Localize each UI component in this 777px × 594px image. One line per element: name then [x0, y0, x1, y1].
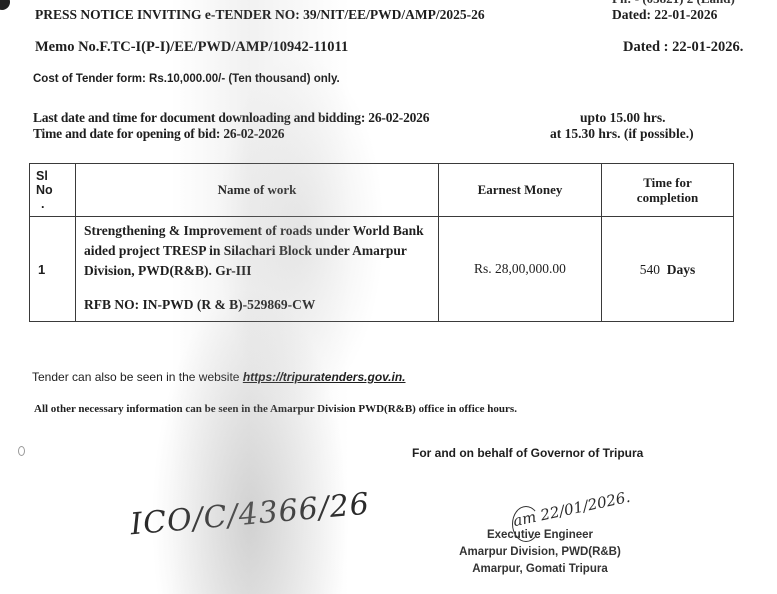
works-table: Sl No . Name of work Earnest Money Time … [29, 163, 734, 322]
opening-date: Time and date for opening of bid: 26-02-… [33, 126, 284, 142]
scan-corner-mark [0, 0, 10, 10]
memo-date: Dated : 22-01-2026. [623, 39, 743, 56]
tender-cost: Cost of Tender form: Rs.10,000.00/- (Ten… [33, 73, 340, 85]
table-header-row: Sl No . Name of work Earnest Money Time … [30, 164, 734, 217]
header-sl-no: Sl No . [30, 164, 76, 217]
notice-date: Dated: 22-01-2026 [612, 7, 717, 23]
table-row: 1 Strengthening & Improvement of roads u… [30, 217, 734, 322]
row-earnest-money: Rs. 28,00,000.00 [439, 217, 602, 322]
signatory-division: Amarpur Division, PWD(R&B) [440, 544, 640, 561]
website-note: Tender can also be seen in the website h… [32, 370, 406, 384]
last-date: Last date and time for document download… [33, 110, 429, 126]
header-name-of-work: Name of work [76, 164, 439, 217]
signatory-block: Executive Engineer Amarpur Division, PWD… [440, 527, 640, 578]
row-name-of-work: Strengthening & Improvement of roads und… [76, 217, 439, 322]
rfb-number: RFB NO: IN-PWD (R & B)-529869-CW [84, 295, 430, 315]
signatory-location: Amarpur, Gomati Tripura [440, 561, 640, 578]
header-time-for-completion: Time for completion [602, 164, 734, 217]
signatory-title: Executive Engineer [440, 527, 640, 544]
row-sl-no: 1 [30, 217, 76, 322]
office-info-note: All other necessary information can be s… [34, 403, 517, 415]
behalf-of-governor: For and on behalf of Governor of Tripura [412, 446, 643, 460]
tender-website-link[interactable]: https://tripuratenders.gov.in. [243, 370, 406, 384]
row-time-for-completion: 540 Days [602, 217, 734, 322]
work-description: Strengthening & Improvement of roads und… [84, 221, 430, 281]
header-earnest-money: Earnest Money [439, 164, 602, 217]
completion-days-number: 540 [640, 262, 660, 277]
opening-time: at 15.30 hrs. (if possible.) [550, 126, 694, 142]
notice-heading: PRESS NOTICE INVITING e-TENDER NO: 39/NI… [35, 7, 485, 23]
scan-speck [18, 446, 25, 456]
last-time: upto 15.00 hrs. [580, 110, 666, 126]
memo-number: Memo No.F.TC-I(P-I)/EE/PWD/AMP/10942-110… [35, 39, 348, 56]
phone-line-cut: Ph: - (03821) 2 (Land) [612, 0, 735, 7]
completion-days-unit: Days [667, 262, 696, 277]
signature: am 22/01/2026. [511, 488, 631, 530]
handwritten-reference: ICO/C/4366/26 [129, 487, 371, 543]
